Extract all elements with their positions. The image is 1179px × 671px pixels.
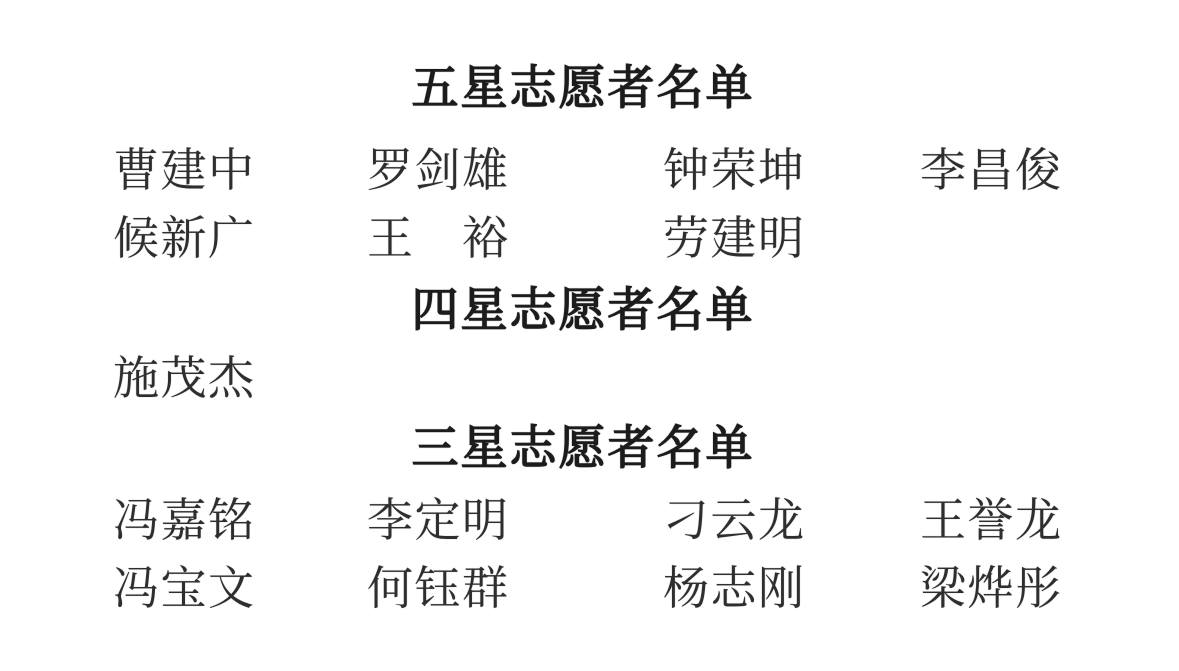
volunteer-name: 曹建中: [113, 136, 367, 204]
section-title-three-star: 三星志愿者名单: [113, 422, 1053, 474]
volunteer-name: 李昌俊: [920, 136, 1179, 204]
volunteer-name: [920, 204, 1179, 272]
name-row: 候新广 王 裕 劳建明: [113, 204, 1179, 272]
name-row: 施茂杰: [113, 344, 1179, 412]
section-title-four-star: 四星志愿者名单: [113, 284, 1053, 336]
volunteer-name: [920, 344, 1179, 412]
volunteer-name: [367, 344, 663, 412]
section-five-star: 五星志愿者名单 曹建中 罗剑雄 钟荣坤 李昌俊 候新广 王 裕 劳建明: [113, 62, 1179, 272]
name-row: 曹建中 罗剑雄 钟荣坤 李昌俊: [113, 136, 1179, 204]
volunteer-name: 王誉龙: [920, 486, 1179, 554]
volunteer-name: 杨志刚: [663, 554, 920, 622]
volunteer-name: 梁烨彤: [920, 554, 1179, 622]
volunteer-name: 王 裕: [367, 204, 663, 272]
volunteer-name: [663, 344, 920, 412]
name-row: 冯嘉铭 李定明 刁云龙 王誉龙: [113, 486, 1179, 554]
volunteer-name: 钟荣坤: [663, 136, 920, 204]
volunteer-name: 李定明: [367, 486, 663, 554]
section-three-star: 三星志愿者名单 冯嘉铭 李定明 刁云龙 王誉龙 冯宝文 何钰群 杨志刚 梁烨彤: [113, 422, 1179, 622]
volunteer-name: 冯宝文: [113, 554, 367, 622]
volunteer-name: 冯嘉铭: [113, 486, 367, 554]
volunteer-name: 施茂杰: [113, 344, 367, 412]
section-four-star: 四星志愿者名单 施茂杰: [113, 284, 1179, 412]
volunteer-name: 何钰群: [367, 554, 663, 622]
volunteer-name: 罗剑雄: [367, 136, 663, 204]
name-row: 冯宝文 何钰群 杨志刚 梁烨彤: [113, 554, 1179, 622]
volunteer-name: 劳建明: [663, 204, 920, 272]
section-title-five-star: 五星志愿者名单: [113, 62, 1053, 114]
volunteer-name: 候新广: [113, 204, 367, 272]
volunteer-name: 刁云龙: [663, 486, 920, 554]
document-page: 五星志愿者名单 曹建中 罗剑雄 钟荣坤 李昌俊 候新广 王 裕 劳建明 四星志愿…: [0, 0, 1179, 671]
